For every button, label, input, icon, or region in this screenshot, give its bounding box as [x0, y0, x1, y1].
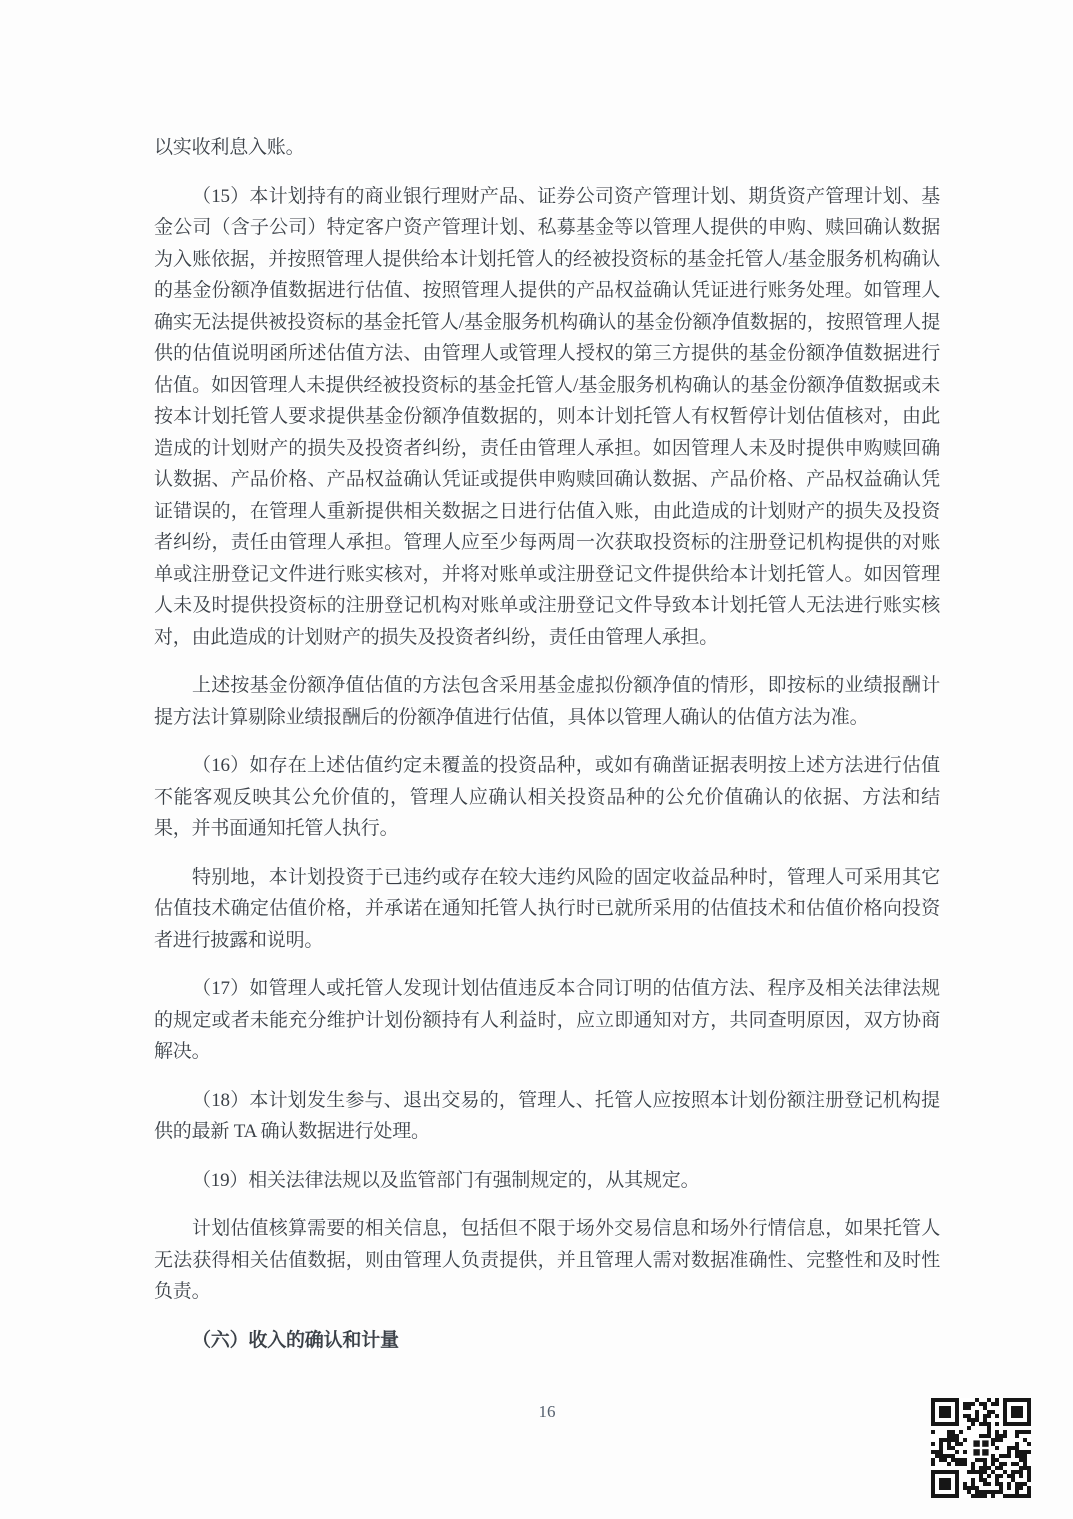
document-page: 以实收利息入账。 （15）本计划持有的商业银行理财产品、证券公司资产管理计划、期… [0, 0, 1073, 1519]
paragraph: 计划估值核算需要的相关信息，包括但不限于场外交易信息和场外行情信息，如果托管人无… [154, 1213, 940, 1308]
paragraph: 以实收利息入账。 [154, 132, 940, 164]
paragraph: （19）相关法律法规以及监管部门有强制规定的，从其规定。 [154, 1165, 940, 1197]
paragraph: （18）本计划发生参与、退出交易的，管理人、托管人应按照本计划份额注册登记机构提… [154, 1085, 940, 1148]
section-heading: （六）收入的确认和计量 [154, 1325, 940, 1357]
paragraph: 特别地，本计划投资于已违约或存在较大违约风险的固定收益品种时，管理人可采用其它估… [154, 862, 940, 957]
paragraph: （15）本计划持有的商业银行理财产品、证券公司资产管理计划、期货资产管理计划、基… [154, 181, 940, 654]
qr-code [931, 1398, 1031, 1498]
page-number: 16 [154, 1402, 940, 1422]
text-body: 以实收利息入账。 （15）本计划持有的商业银行理财产品、证券公司资产管理计划、期… [154, 132, 940, 1356]
paragraph: 上述按基金份额净值估值的方法包含采用基金虚拟份额净值的情形，即按标的业绩报酬计提… [154, 670, 940, 733]
paragraph: （17）如管理人或托管人发现计划估值违反本合同订明的估值方法、程序及相关法律法规… [154, 973, 940, 1068]
paragraph: （16）如存在上述估值约定未覆盖的投资品种，或如有确凿证据表明按上述方法进行估值… [154, 750, 940, 845]
